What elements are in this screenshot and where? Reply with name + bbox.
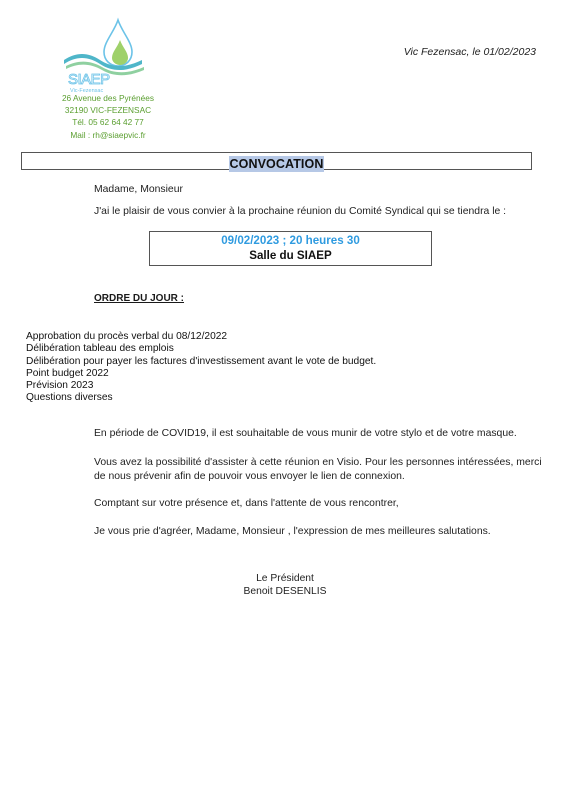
agenda-list: Approbation du procès verbal du 08/12/20…: [26, 331, 376, 405]
meeting-place: Salle du SIAEP: [150, 248, 431, 263]
visio-paragraph-line1: Vous avez la possibilité d'assister à ce…: [94, 457, 542, 470]
signature-name: Benoit DESENLIS: [230, 585, 340, 598]
intro-paragraph: J'ai le plaisir de vous convier à la pro…: [94, 206, 506, 219]
address-city: 32190 VIC-FEZENSAC: [52, 104, 164, 116]
date-line: Vic Fezensac, le 01/02/2023: [404, 46, 536, 58]
closing-paragraph: Comptant sur votre présence et, dans l'a…: [94, 498, 399, 511]
agenda-item: Questions diverses: [26, 392, 376, 404]
sender-address: 26 Avenue des Pyrénées 32190 VIC-FEZENSA…: [52, 92, 164, 141]
letter-page: SIAEP Vic-Fezensac 26 Avenue des Pyrénée…: [0, 0, 565, 800]
covid-paragraph: En période de COVID19, il est souhaitabl…: [94, 428, 517, 441]
signature-block: Le Président Benoit DESENLIS: [230, 572, 340, 598]
document-title[interactable]: CONVOCATION: [229, 156, 325, 172]
meeting-datetime: 09/02/2023 ; 20 heures 30: [150, 234, 431, 248]
signature-role: Le Président: [230, 572, 340, 585]
water-drop-logo-icon: SIAEP Vic-Fezensac: [62, 16, 152, 94]
agenda-item: Délibération pour payer les factures d'i…: [26, 356, 376, 368]
salutation: Madame, Monsieur: [94, 184, 183, 197]
address-email: Mail : rh@siaepvic.fr: [52, 129, 164, 141]
agenda-item: Point budget 2022: [26, 368, 376, 380]
salutations-paragraph: Je vous prie d'agréer, Madame, Monsieur …: [94, 526, 491, 539]
siaep-logo: SIAEP Vic-Fezensac: [62, 16, 152, 94]
agenda-item: Délibération tableau des emplois: [26, 343, 376, 355]
meeting-box: 09/02/2023 ; 20 heures 30 Salle du SIAEP: [149, 231, 432, 266]
agenda-item: Prévision 2023: [26, 380, 376, 392]
title-box: CONVOCATION: [21, 152, 532, 170]
agenda-item: Approbation du procès verbal du 08/12/20…: [26, 331, 376, 343]
svg-text:SIAEP: SIAEP: [68, 71, 110, 88]
address-street: 26 Avenue des Pyrénées: [52, 92, 164, 104]
address-phone: Tél. 05 62 64 42 77: [52, 116, 164, 128]
visio-paragraph-line2: de nous prévenir afin de pouvoir vous en…: [94, 471, 405, 484]
agenda-title: ORDRE DU JOUR :: [94, 293, 184, 304]
